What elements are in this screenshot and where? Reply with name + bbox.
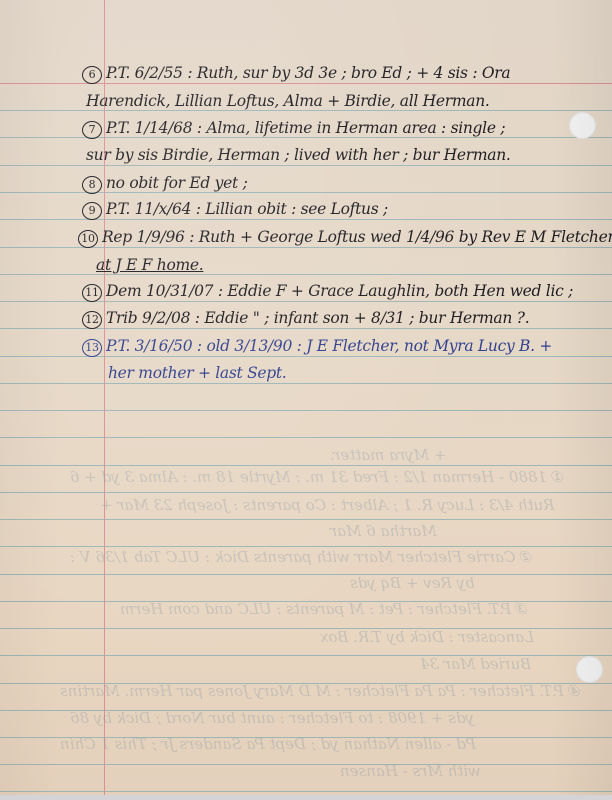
ruled-line (0, 274, 612, 275)
bleed-through-text: Ruth 4/3 : Lucy R. 1 ; Albert : Co paren… (100, 496, 554, 514)
ruled-line (0, 383, 612, 384)
bleed-through-text: ④ P.T. Fletcher : Pa Pa Fletcher : M D M… (60, 682, 582, 700)
ruled-line (0, 791, 612, 792)
bleed-through-text: ② Carrie Fletcher Marr with parents Dick… (70, 548, 534, 566)
ruled-line (0, 574, 612, 575)
ruled-line (0, 465, 612, 466)
bleed-through-text: yds + 1908 : to Fletcher : aunt bur Nord… (70, 709, 474, 727)
bleed-through-text: Lancaster : Dick by T.R. Box (320, 628, 534, 646)
scan-background-edge (0, 795, 612, 800)
hole-punch (576, 656, 603, 683)
entry-number-badge: 8 (82, 176, 102, 194)
bleed-through-text: Pd - allen Nathan yd ; Dept Pa Sanders J… (60, 735, 476, 753)
ruled-line (0, 410, 612, 411)
ruled-line (0, 764, 612, 765)
bleed-through-text: Martha 6 Mar (330, 522, 437, 540)
entry-number-badge: 13 (82, 339, 102, 357)
entry-13-line-2: her mother + last Sept. (108, 364, 286, 382)
entry-number-badge: 12 (82, 311, 102, 329)
entry-11-line-1: 11Dem 10/31/07 : Eddie F + Grace Laughli… (82, 282, 573, 302)
entry-number-badge: 11 (82, 284, 102, 302)
bleed-through-text: ③ P.T. Fletcher : Pet : M parents : ULC … (120, 600, 529, 618)
entry-12-line-1: 12Trib 9/2/08 : Eddie " ; infant son + 8… (82, 309, 529, 329)
bleed-through-text: + Myra matter. (330, 446, 446, 464)
ruled-line (0, 165, 612, 166)
ruled-line (0, 492, 612, 493)
entry-10-line-2: at J E F home. (96, 256, 203, 274)
entry-13-line-1: 13P.T. 3/16/50 : old 3/13/90 : J E Fletc… (82, 337, 552, 357)
notebook-page: + Myra matter. ① 1880 - Herman 1/2 : Fre… (0, 0, 612, 795)
ruled-line (0, 519, 612, 520)
bleed-through-text: Buried Mar 34 (420, 655, 531, 673)
entry-7-line-2: sur by sis Birdie, Herman ; lived with h… (86, 146, 511, 164)
hole-punch (569, 112, 596, 139)
entry-8-line-1: 8no obit for Ed yet ; (82, 174, 248, 194)
entry-7-line-1: 7P.T. 1/14/68 : Alma, lifetime in Herman… (82, 119, 505, 139)
ruled-line (0, 437, 612, 438)
entry-number-badge: 10 (78, 230, 98, 248)
ruled-line (0, 546, 612, 547)
entry-number-badge: 7 (82, 121, 102, 139)
entry-number-badge: 9 (82, 202, 102, 220)
bleed-through-text: with Mrs - Hansen (340, 762, 481, 780)
entry-10-line-1: 10Rep 1/9/96 : Ruth + George Loftus wed … (78, 228, 612, 248)
ruled-line (0, 110, 612, 111)
entry-6-line-1: 6P.T. 6/2/55 : Ruth, sur by 3d 3e ; bro … (82, 64, 510, 84)
entry-6-line-2: Harendick, Lillian Loftus, Alma + Birdie… (86, 92, 490, 110)
entry-number-badge: 6 (82, 66, 102, 84)
bleed-through-text: ① 1880 - Herman 1/2 : Fred 31 m. : Myrtl… (70, 468, 565, 486)
bleed-through-text: by Rev + Bq yds (350, 574, 475, 592)
entry-9-line-1: 9P.T. 11/x/64 : Lillian obit : see Loftu… (82, 200, 388, 220)
